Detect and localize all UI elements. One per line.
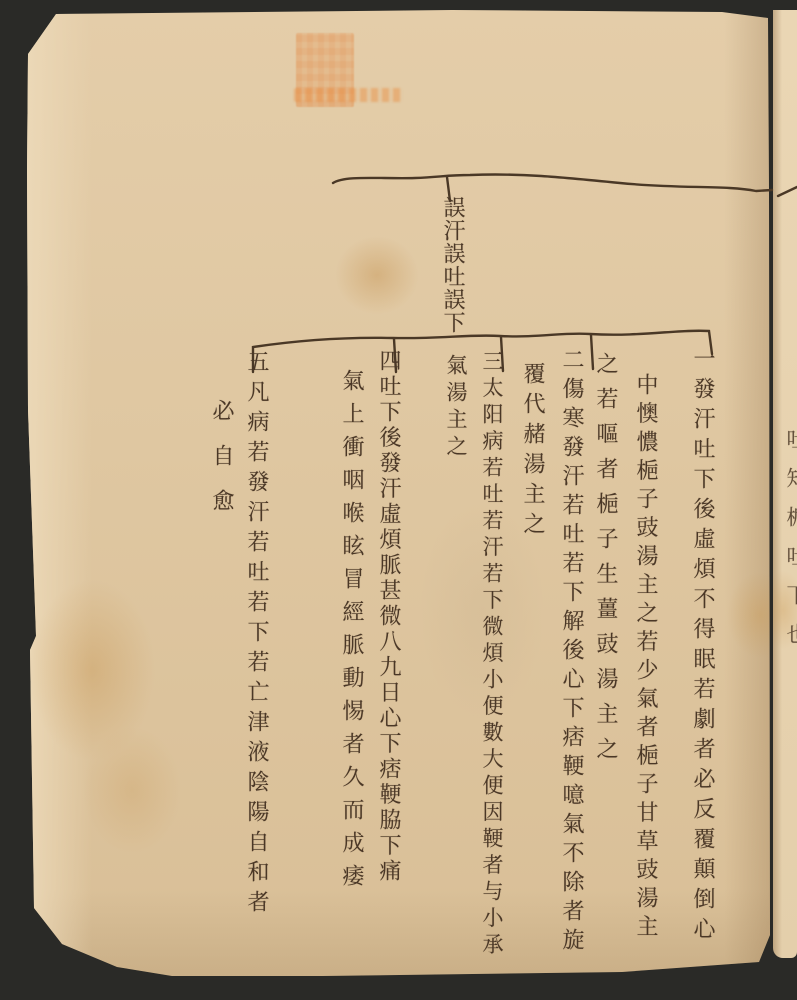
entry-2-line-1: 二傷寒發汗若吐若下解後心下痞鞕噫氣不除者旋 (556, 348, 587, 957)
entry-3-line-2: 氣湯主之 (441, 354, 471, 462)
entry-5-text-1: 凡病若發汗若吐若下若亡津液陰陽自和者 (244, 380, 269, 920)
entry-2-number: 二 (559, 348, 584, 377)
entry-4-text-1: 吐下後發汗虛煩脈甚微八九日心下痞鞕脇下痛 (376, 375, 401, 885)
entry-3-line-1: 三太阳病若吐若汗若下微煩小便數大便因鞕者与小承 (477, 350, 507, 960)
entry-5-number: 五 (244, 350, 269, 380)
entry-4-number: 四 (376, 349, 401, 375)
entry-3-text-1: 太阳病若吐若汗若下微煩小便數大便因鞕者与小承 (480, 377, 504, 960)
entry-1-line-2: 中懊憹梔子豉湯主之若少氣者梔子甘草豉湯主 (630, 373, 661, 943)
entry-1-number: 一 (690, 347, 715, 377)
adjacent-page-fragment: 吐知梔吐下也 (781, 428, 797, 662)
entry-4-line-1: 四吐下後發汗虛煩脈甚微八九日心下痞鞕脇下痛 (373, 349, 404, 885)
entry-2-text-1: 傷寒發汗若吐若下解後心下痞鞕噫氣不除者旋 (559, 377, 584, 957)
entry-1-line-3: 之若嘔者梔子生薑豉湯主之 (590, 352, 621, 772)
entry-3-number: 三 (480, 350, 504, 377)
entry-5-line-1: 五凡病若發汗若吐若下若亡津液陰陽自和者 (241, 350, 272, 920)
header-label: 誤汗誤吐誤下 (437, 196, 468, 334)
watermark-strip (294, 88, 402, 102)
entry-1-text-1: 發汗吐下後虛煩不得眠若劇者必反覆顛倒心 (690, 377, 715, 947)
entry-5-line-2: 必自愈 (206, 399, 237, 534)
photo-backdrop: 誤汗誤吐誤下 一發汗吐下後虛煩不得眠若劇者必反覆顛倒心 中懊憹梔子豉湯主之若少氣… (0, 0, 797, 1000)
entry-2-line-2: 覆代赭湯主之 (517, 362, 548, 542)
entry-1-line-1: 一發汗吐下後虛煩不得眠若劇者必反覆顛倒心 (687, 347, 718, 947)
entry-4-line-2: 氣上衝咽喉眩冒經脈動惕者久而成痿 (336, 369, 367, 897)
